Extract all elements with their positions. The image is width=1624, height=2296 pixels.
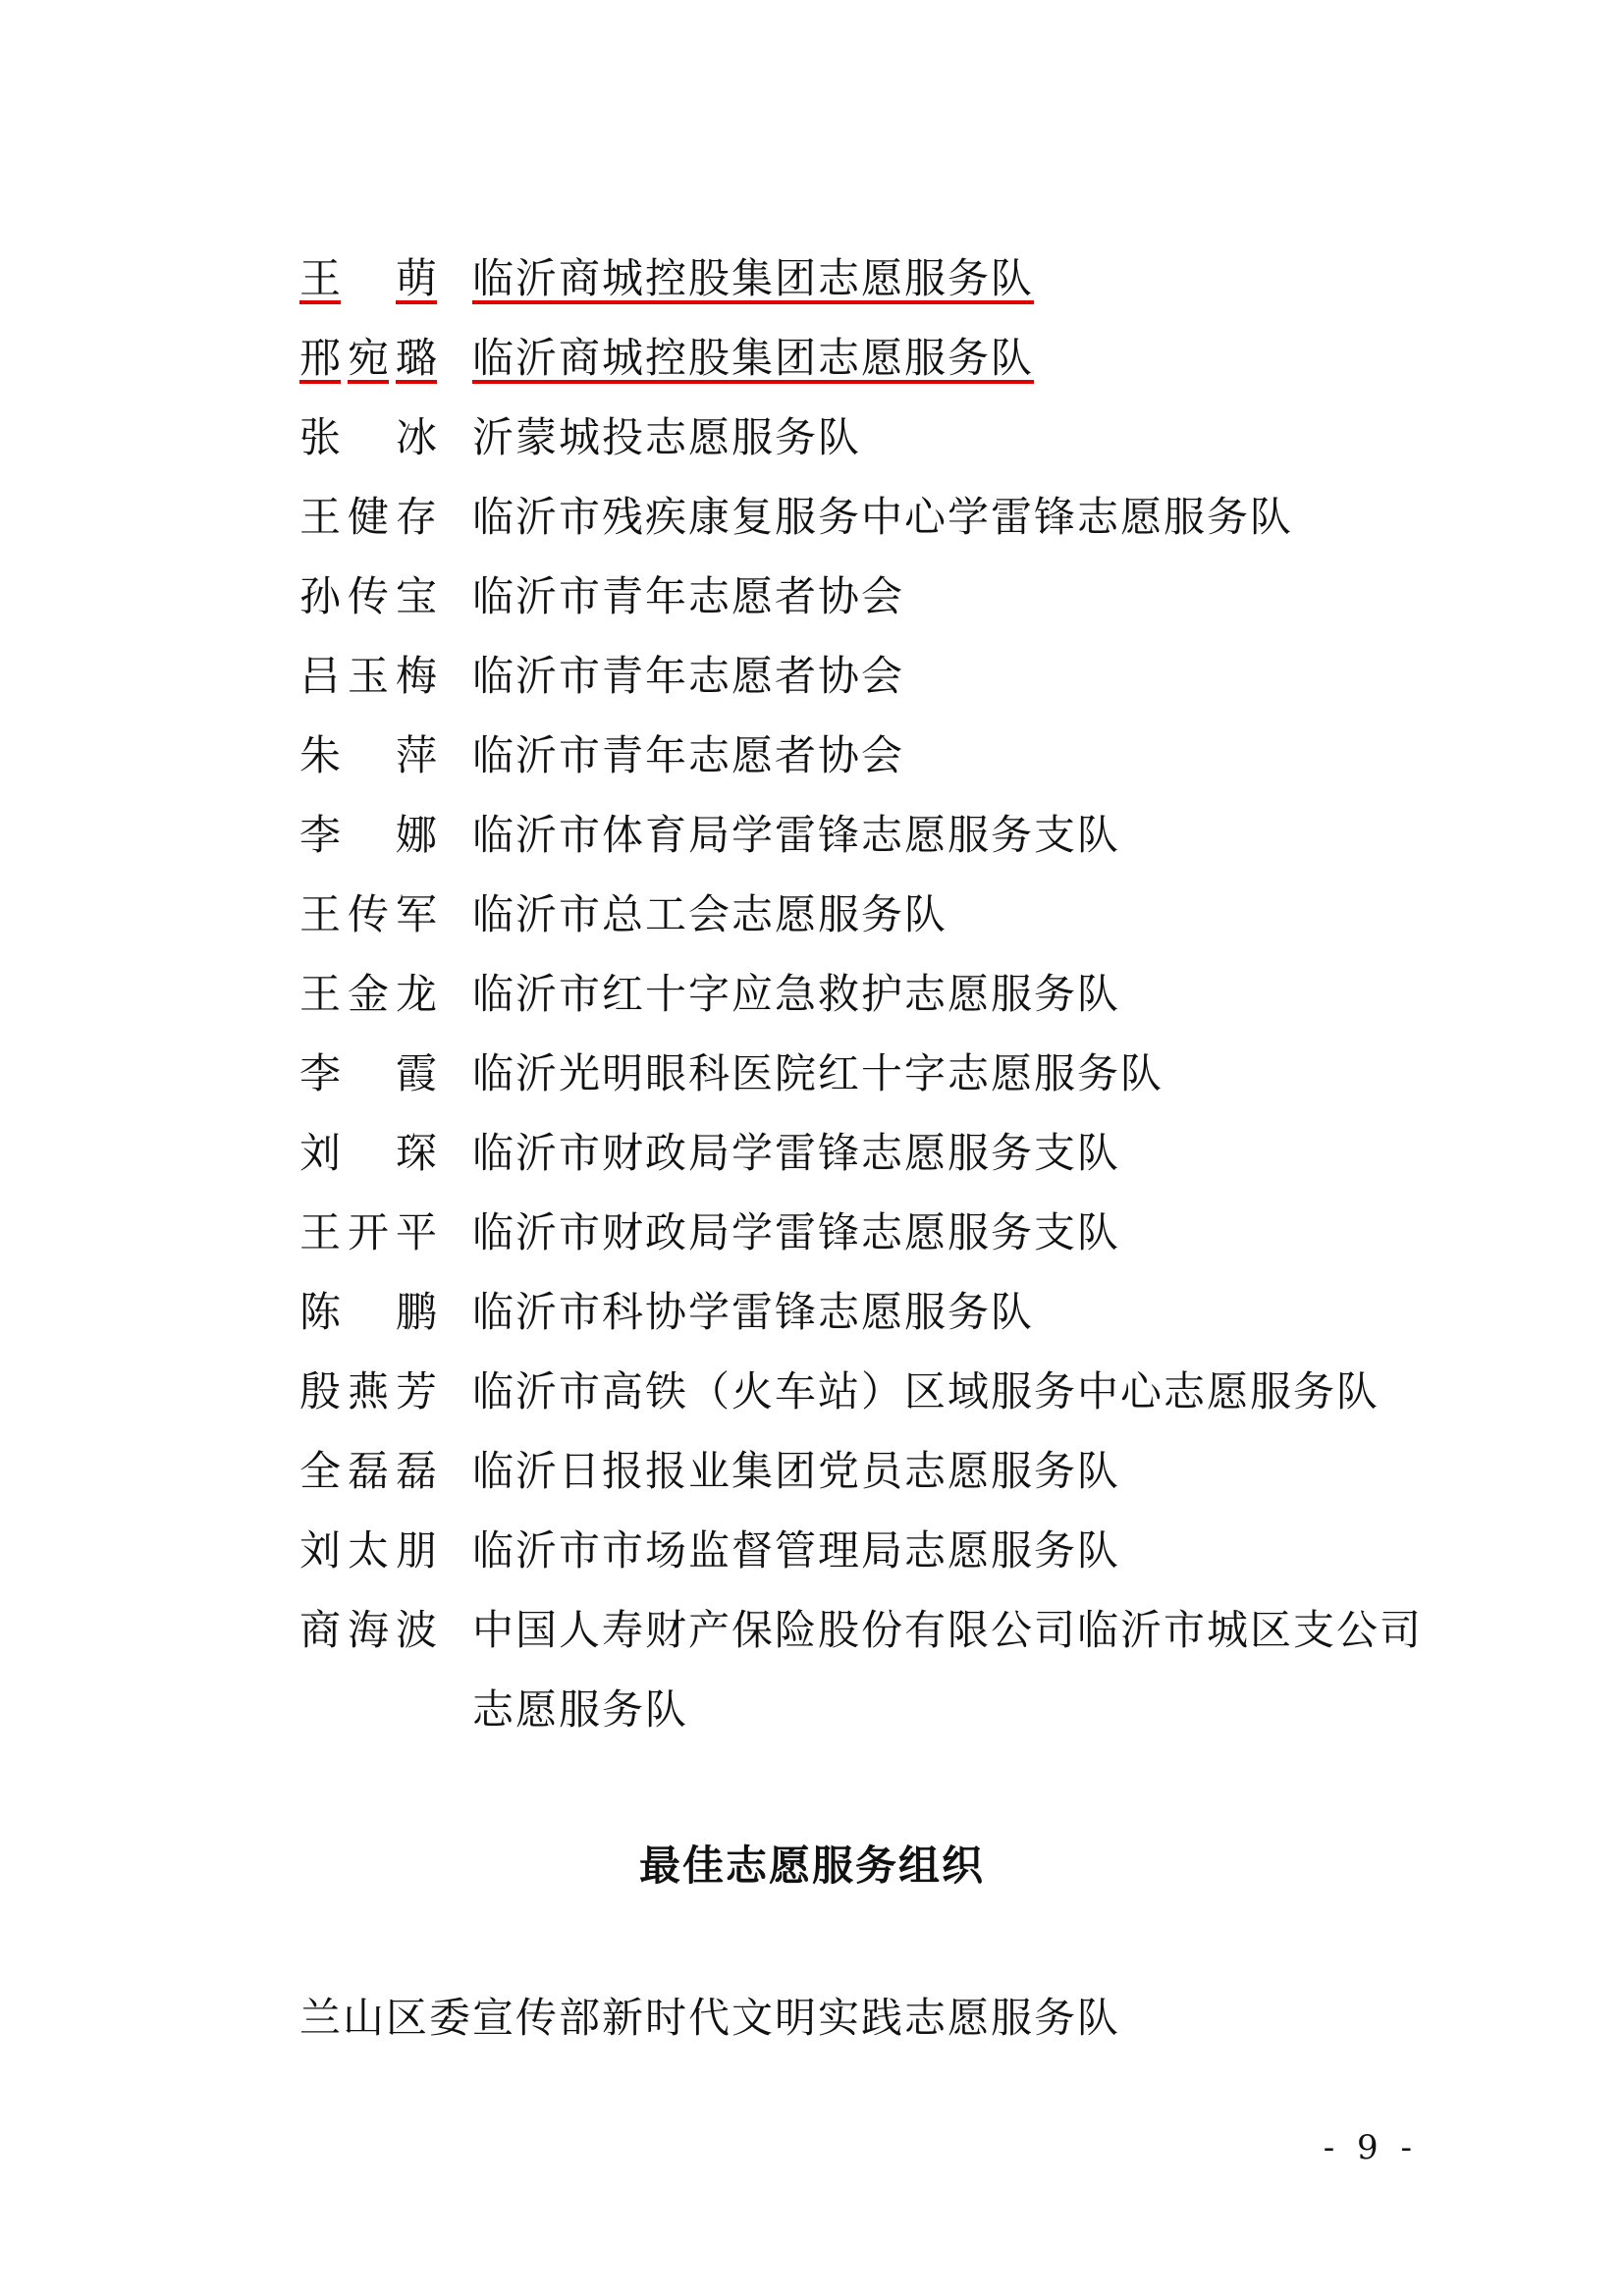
name-char: 全 xyxy=(299,1442,341,1501)
awardee-org: 临沂市青年志愿者协会 xyxy=(472,567,904,626)
awardee-org: 临沂市体育局学雷锋志愿服务支队 xyxy=(472,806,1120,865)
awardee-name: 刘太朋 xyxy=(299,1522,437,1580)
awardee-name: 张冰 xyxy=(299,408,437,467)
name-char: 宛 xyxy=(348,329,389,388)
name-char: 吕 xyxy=(299,647,341,706)
name-char: 璐 xyxy=(396,329,437,388)
name-char: 朋 xyxy=(396,1522,437,1580)
awardee-name: 商海波 xyxy=(299,1601,437,1660)
awardee-org: 临沂市残疾康复服务中心学雷锋志愿服务队 xyxy=(472,488,1293,547)
awardee-name: 刘琛 xyxy=(299,1124,437,1183)
awardee-name: 李霞 xyxy=(299,1044,437,1103)
name-char: 宝 xyxy=(396,567,437,626)
awardee-name: 王金龙 xyxy=(299,965,437,1024)
name-char: 邢 xyxy=(299,329,341,388)
name-char: 王 xyxy=(299,1203,341,1262)
awardee-org: 临沂商城控股集团志愿服务队 xyxy=(472,329,1034,388)
awardee-org-continued: 志愿服务队 xyxy=(472,1681,688,1739)
awardee-name: 王传军 xyxy=(299,885,437,944)
awardee-org: 临沂市财政局学雷锋志愿服务支队 xyxy=(472,1124,1120,1183)
name-char: 平 xyxy=(396,1203,437,1262)
awardee-org: 临沂日报报业集团党员志愿服务队 xyxy=(472,1442,1120,1501)
awardee-org: 临沂市总工会志愿服务队 xyxy=(472,885,947,944)
name-char: 波 xyxy=(396,1601,437,1660)
awardee-name: 孙传宝 xyxy=(299,567,437,626)
name-char: 萌 xyxy=(396,249,437,308)
awardee-org: 临沂市财政局学雷锋志愿服务支队 xyxy=(472,1203,1120,1262)
name-char: 琛 xyxy=(396,1124,437,1183)
name-char: 刘 xyxy=(299,1124,341,1183)
awardee-name: 王开平 xyxy=(299,1203,437,1262)
name-char: 开 xyxy=(348,1203,389,1262)
name-char: 李 xyxy=(299,806,341,865)
name-char: 殷 xyxy=(299,1362,341,1421)
awardee-org: 临沂商城控股集团志愿服务队 xyxy=(472,249,1034,308)
awardee-name: 李娜 xyxy=(299,806,437,865)
page-number: - 9 - xyxy=(1324,2128,1418,2167)
name-char: 海 xyxy=(348,1601,389,1660)
awardee-org: 临沂市红十字应急救护志愿服务队 xyxy=(472,965,1120,1024)
name-char: 陈 xyxy=(299,1283,341,1342)
name-char: 玉 xyxy=(348,647,389,706)
awardee-name: 陈鹏 xyxy=(299,1283,437,1342)
awardee-name: 邢宛璐 xyxy=(299,329,437,388)
name-char: 龙 xyxy=(396,965,437,1024)
name-char: 传 xyxy=(348,885,389,944)
name-char: 商 xyxy=(299,1601,341,1660)
awardee-name: 王健存 xyxy=(299,488,437,547)
awardee-org: 临沂光明眼科医院红十字志愿服务队 xyxy=(472,1044,1164,1103)
name-char: 王 xyxy=(299,885,341,944)
name-char: 孙 xyxy=(299,567,341,626)
awardee-name: 吕玉梅 xyxy=(299,647,437,706)
name-char: 朱 xyxy=(299,726,341,785)
name-char: 冰 xyxy=(396,408,437,467)
name-char: 娜 xyxy=(396,806,437,865)
awardee-org: 临沂市科协学雷锋志愿服务队 xyxy=(472,1283,1034,1342)
awardee-org: 临沂市青年志愿者协会 xyxy=(472,726,904,785)
awardee-org: 临沂市青年志愿者协会 xyxy=(472,647,904,706)
name-char: 磊 xyxy=(348,1442,389,1501)
awardee-name: 殷燕芳 xyxy=(299,1362,437,1421)
name-char: 王 xyxy=(299,965,341,1024)
name-char: 军 xyxy=(396,885,437,944)
name-char: 鹏 xyxy=(396,1283,437,1342)
awardee-org: 临沂市高铁（火车站）区域服务中心志愿服务队 xyxy=(472,1362,1380,1421)
section-heading: 最佳志愿服务组织 xyxy=(0,1834,1624,1893)
name-char: 燕 xyxy=(348,1362,389,1421)
name-char: 金 xyxy=(348,965,389,1024)
name-char: 磊 xyxy=(396,1442,437,1501)
awardee-name: 朱萍 xyxy=(299,726,437,785)
awardee-org: 中国人寿财产保险股份有限公司临沂市城区支公司 xyxy=(472,1601,1423,1660)
name-char: 王 xyxy=(299,249,341,308)
name-char: 健 xyxy=(348,488,389,547)
awardee-org: 沂蒙城投志愿服务队 xyxy=(472,408,861,467)
name-char: 李 xyxy=(299,1044,341,1103)
name-char: 梅 xyxy=(396,647,437,706)
name-char: 刘 xyxy=(299,1522,341,1580)
name-char: 霞 xyxy=(396,1044,437,1103)
name-char: 张 xyxy=(299,408,341,467)
name-char: 王 xyxy=(299,488,341,547)
awardee-org: 临沂市市场监督管理局志愿服务队 xyxy=(472,1522,1120,1580)
name-char: 传 xyxy=(348,567,389,626)
name-char: 存 xyxy=(396,488,437,547)
organization-item: 兰山区委宣传部新时代文明实践志愿服务队 xyxy=(299,1989,1120,2048)
name-char: 萍 xyxy=(396,726,437,785)
name-char: 太 xyxy=(348,1522,389,1580)
name-char: 芳 xyxy=(396,1362,437,1421)
awardee-name: 王萌 xyxy=(299,249,437,308)
awardee-name: 全磊磊 xyxy=(299,1442,437,1501)
